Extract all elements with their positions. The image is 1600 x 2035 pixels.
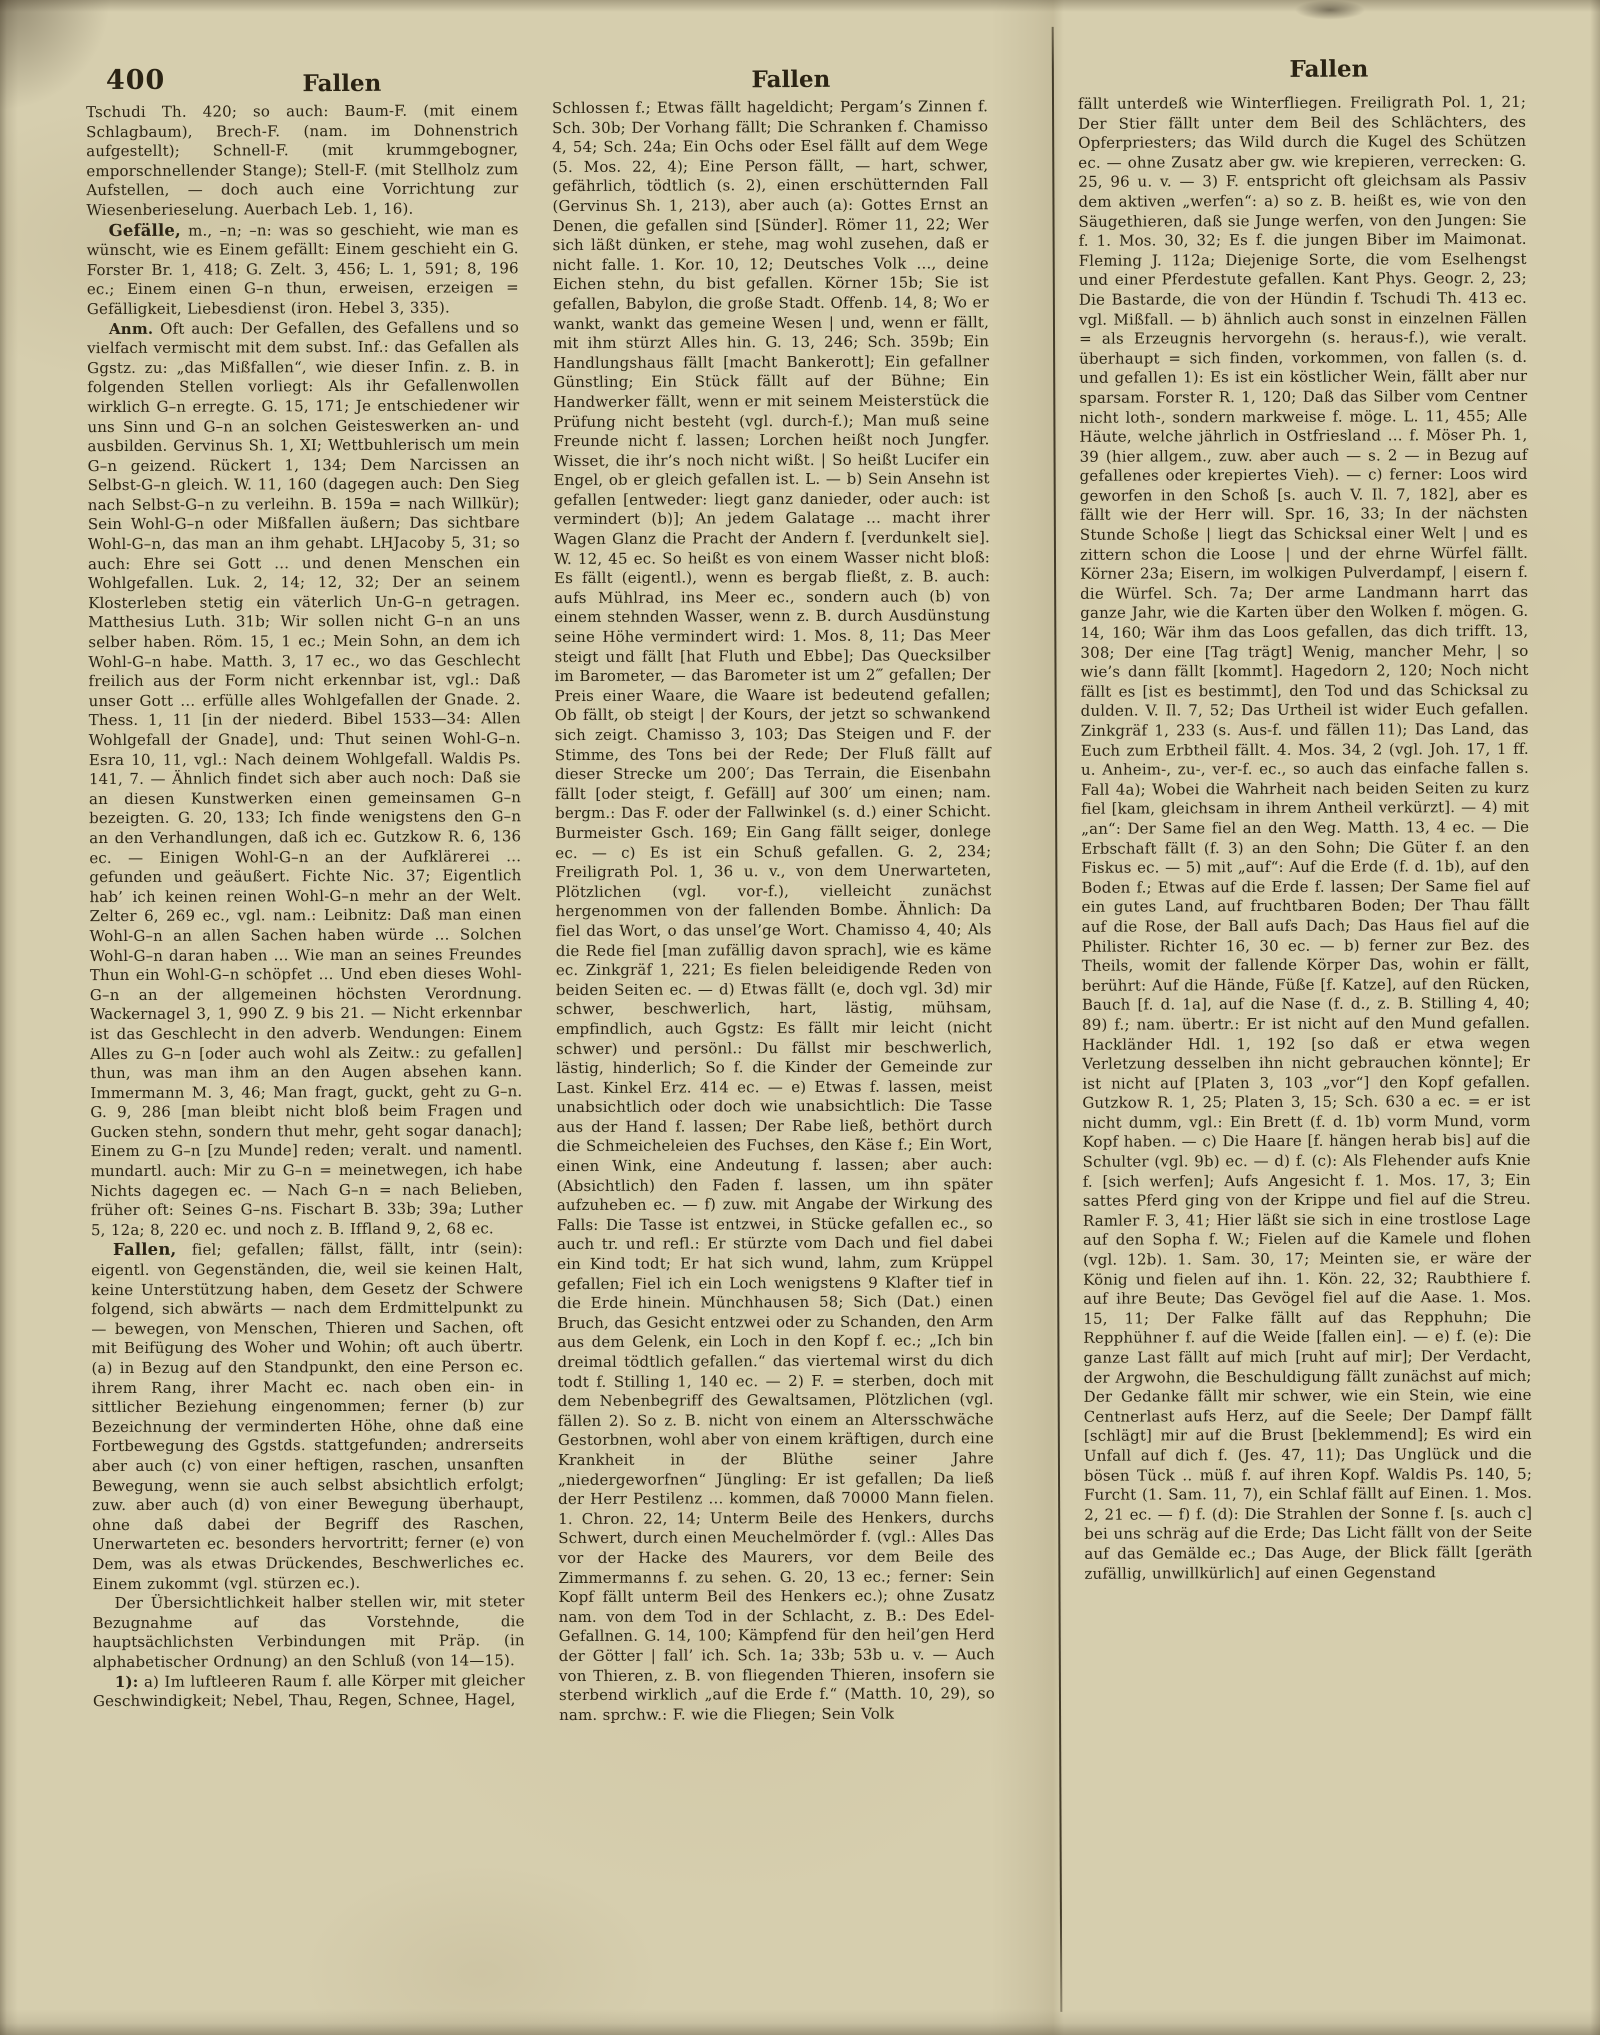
- paragraph: fällt unterdeß wie Winterfliegen. Freili…: [1078, 93, 1532, 1584]
- paragraph-lead: 1):: [115, 1672, 139, 1690]
- running-head-column-3: Fallen: [1289, 56, 1368, 83]
- paragraph: 1): a) Im luftleeren Raum f. alle Körper…: [93, 1671, 525, 1712]
- running-head-column-2: Fallen: [751, 66, 830, 93]
- page-content: 400 Fallen Fallen Fallen Tschudi Th. 420…: [0, 0, 1600, 2035]
- text-column-1: Tschudi Th. 420; so auch: Baum-F. (mit e…: [86, 101, 526, 1913]
- dictionary-page-scan: 400 Fallen Fallen Fallen Tschudi Th. 420…: [0, 0, 1600, 2035]
- paragraph: Tschudi Th. 420; so auch: Baum-F. (mit e…: [86, 101, 519, 220]
- headword: Gefälle,: [109, 220, 181, 239]
- text-column-2: Schlossen f.; Etwas fällt hageldicht; Pe…: [552, 97, 996, 1919]
- running-head-column-1: Fallen: [302, 70, 381, 97]
- paragraph: Gefälle, m., –n; –n: was so geschieht, w…: [87, 219, 519, 320]
- paragraph: Der Übersichtlichkeit halber stellen wir…: [93, 1592, 525, 1672]
- paragraph: Schlossen f.; Etwas fällt hageldicht; Pe…: [552, 97, 995, 1725]
- paragraph: Fallen, fiel; gefallen; fällst, fällt, i…: [91, 1239, 525, 1595]
- paragraph-lead: Anm.: [109, 319, 153, 337]
- headword: Fallen,: [113, 1240, 176, 1259]
- paragraph: Anm. Oft auch: Der Gefallen, des Gefalle…: [87, 318, 523, 1241]
- text-column-3: fällt unterdeß wie Winterfliegen. Freili…: [1078, 93, 1534, 1925]
- column-divider-rule: [1052, 27, 1063, 2012]
- page-number: 400: [106, 65, 166, 96]
